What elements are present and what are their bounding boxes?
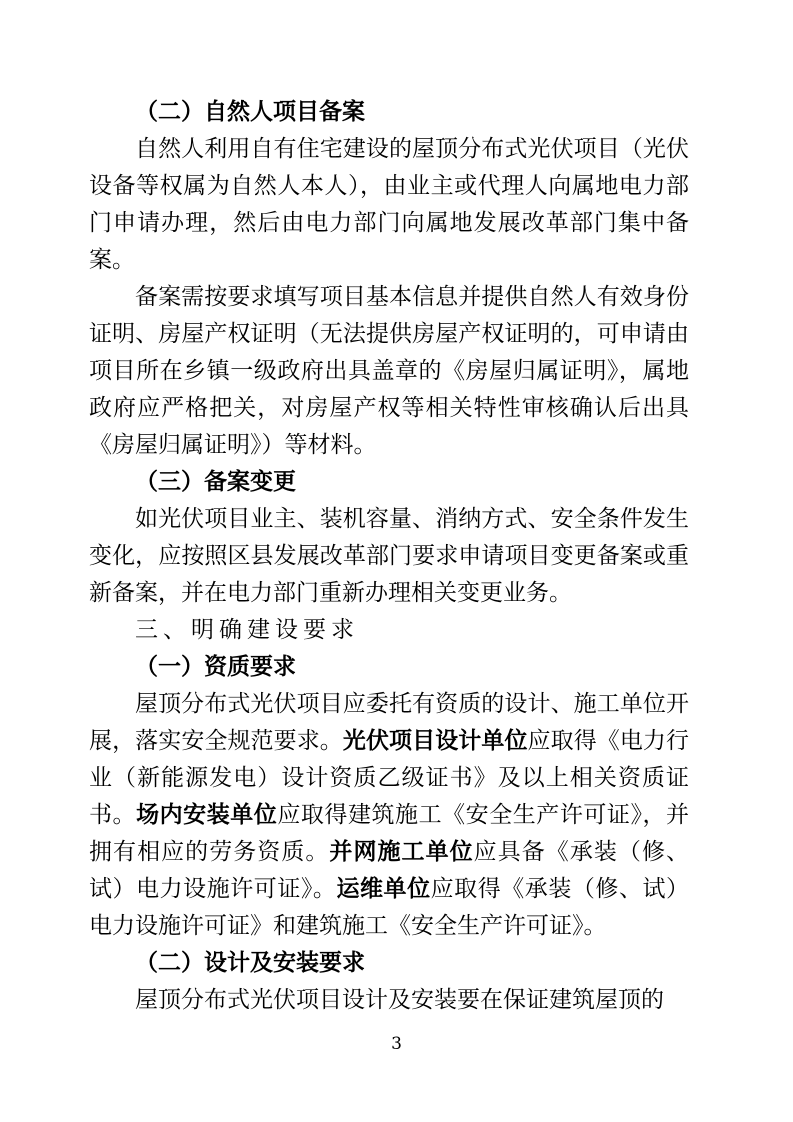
document-page: （二）自然人项目备案自然人利用自有住宅建设的屋顶分布式光伏项目（光伏设备等权属为… bbox=[0, 0, 793, 1122]
text-run: 三、明确建设要求 bbox=[135, 617, 359, 643]
para-natural-person-filing-2: 备案需按要求填写项目基本信息并提供自然人有效身份证明、房屋产权证明（无法提供房屋… bbox=[89, 279, 689, 464]
section-title-construction-requirements: 三、明确建设要求 bbox=[89, 612, 689, 649]
bold-text-run: 场内安装单位 bbox=[136, 802, 277, 828]
bold-text-run: 并网施工单位 bbox=[329, 839, 473, 865]
para-filing-change: 如光伏项目业主、装机容量、消纳方式、安全条件发生变化，应按照区县发展改革部门要求… bbox=[89, 501, 689, 612]
text-run: 如光伏项目业主、装机容量、消纳方式、安全条件发生变化，应按照区县发展改革部门要求… bbox=[89, 506, 689, 606]
bold-text-run: （三）备案变更 bbox=[135, 469, 296, 495]
bold-text-run: 运维单位 bbox=[336, 876, 430, 902]
para-natural-person-filing-1: 自然人利用自有住宅建设的屋顶分布式光伏项目（光伏设备等权属为自然人本人），由业主… bbox=[89, 131, 689, 279]
page-number: 3 bbox=[0, 1034, 793, 1054]
text-run: 屋顶分布式光伏项目设计及安装要在保证建筑屋顶的 bbox=[135, 987, 664, 1013]
bold-text-run: 光伏项目设计单位 bbox=[343, 728, 528, 754]
heading-design-install-requirements: （二）设计及安装要求 bbox=[89, 945, 689, 982]
heading-filing-change: （三）备案变更 bbox=[89, 464, 689, 501]
text-run: 备案需按要求填写项目基本信息并提供自然人有效身份证明、房屋产权证明（无法提供房屋… bbox=[89, 284, 689, 458]
para-qualification-requirements: 屋顶分布式光伏项目应委托有资质的设计、施工单位开展，落实安全规范要求。光伏项目设… bbox=[89, 686, 689, 945]
text-run: 自然人利用自有住宅建设的屋顶分布式光伏项目（光伏设备等权属为自然人本人），由业主… bbox=[89, 136, 689, 273]
para-design-install-requirements: 屋顶分布式光伏项目设计及安装要在保证建筑屋顶的 bbox=[89, 982, 689, 1019]
bold-text-run: （二）自然人项目备案 bbox=[135, 99, 365, 125]
bold-text-run: （二）设计及安装要求 bbox=[135, 950, 365, 976]
document-body: （二）自然人项目备案自然人利用自有住宅建设的屋顶分布式光伏项目（光伏设备等权属为… bbox=[89, 94, 689, 1019]
bold-text-run: （一）资质要求 bbox=[135, 654, 296, 680]
heading-natural-person-filing: （二）自然人项目备案 bbox=[89, 94, 689, 131]
heading-qualification-requirements: （一）资质要求 bbox=[89, 649, 689, 686]
